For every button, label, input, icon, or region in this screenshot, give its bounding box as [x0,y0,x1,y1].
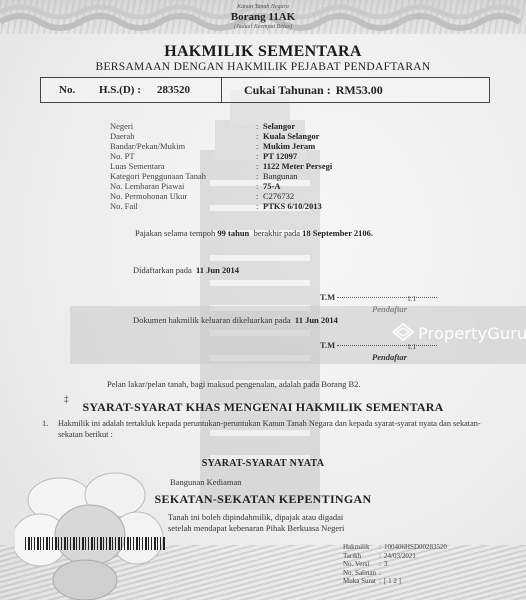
field-colon: : [256,181,258,191]
field-label: Bandar/Pekan/Mukim [110,141,185,151]
field-value: 75-A [263,181,280,191]
metadata-value: 24/03/2021 [384,552,416,560]
metadata-label: Hakmilik [343,543,369,551]
field-value: Selangor [263,121,295,131]
metadata-value: 100406HSD00283520 [384,543,447,551]
plan-note: Pelan lakar/pelan tanah, bagi maksud pen… [107,379,361,389]
metadata-value: 3 [384,560,388,568]
field-label: Kategori Penggunaan Tanah [110,171,206,181]
issuance-signature-line: T.M1.1 [320,340,437,350]
field-label: Luas Sementara [110,161,165,171]
lease-statement: Pajakan selama tempoh 99 tahun berakhir … [135,228,373,238]
title-type-label: H.S.(D) : [99,84,157,96]
field-colon: : [256,131,258,141]
lease-end-date: 18 September 2106. [302,228,373,238]
lease-prefix: Pajakan selama tempoh [135,228,215,238]
field-value: Bangunan [263,171,297,181]
no-label: No. [59,84,99,96]
item-number: 1. [42,419,48,430]
hibiscus-emblem-icon [15,460,165,600]
field-value: PTKS 6/10/2013 [263,201,322,211]
field-value: C276732 [263,191,294,201]
field-label: Negeri [110,121,133,131]
field-value: PT 12097 [263,151,297,161]
field-colon: : [256,171,258,181]
document-subtitle: BERSAMAAN DENGAN HAKMILIK PEJABAT PENDAF… [0,61,526,73]
schedule-label: (Jadual Keempat Belas) [0,24,526,30]
title-number-section: No. H.S.(D) : 283520 [41,78,222,102]
item-text: Hakmilik ini adalah tertakluk kepada per… [58,419,481,439]
annual-tax-section: Cukai Tahunan : RM53.00 [222,78,489,102]
field-colon: : [256,191,258,201]
annual-tax-value: RM53.00 [336,83,383,98]
field-colon: : [256,141,258,151]
lease-middle: berakhir pada [254,228,301,238]
signature-mark: 1.1 [407,343,416,351]
issuance-statement: Dokumen hakmilik keluaran dikeluarkan pa… [133,315,338,325]
field-label: No. Permohonan Ukur [110,191,187,201]
field-label: No. PT [110,151,135,161]
document-title: HAKMILIK SEMENTARA [0,43,526,61]
title-number-box: No. H.S.(D) : 283520 Cukai Tahunan : RM5… [40,77,490,103]
field-value: Mukim Jeram [263,141,315,151]
registration-signature-line: T.M1.1 [320,292,437,302]
tm-label: T.M [320,292,335,302]
special-conditions-heading: SYARAT-SYARAT KHAS MENGENAI HAKMILIK SEM… [0,400,526,415]
issuance-date: 11 Jun 2014 [295,315,338,325]
field-value: 1122 Meter Persegi [263,161,332,171]
field-colon: : [256,201,258,211]
express-conditions-text: Bangunan Kediaman [170,477,242,487]
barcode [25,537,165,550]
special-conditions-item: 1. Hakmilik ini adalah tertakluk kepada … [58,419,488,440]
field-colon: : [256,121,258,131]
metadata-label: Muka Surat [343,577,376,585]
signature-mark: 1.1 [407,295,416,303]
registration-label: Didaftarkan pada [133,265,192,275]
title-number: 283520 [157,84,190,96]
restrictions-line-2: setelah mendapat kebenaran Pihak Berkuas… [168,523,344,534]
tm-label: T.M [320,340,335,350]
field-label: Daerah [110,131,135,141]
registration-statement: Didaftarkan pada 11 Jun 2014 [133,265,239,275]
issuance-label: Dokumen hakmilik keluaran dikeluarkan pa… [133,315,291,325]
registrar-label: Pendaftar [372,352,407,362]
field-colon: : [256,151,258,161]
field-colon: : [256,161,258,171]
metadata-label: No. Versi [343,560,369,568]
signature-dots: 1.1 [337,297,437,298]
lease-duration: 99 tahun [217,228,249,238]
signature-dots: 1.1 [337,345,437,346]
act-name: Kanun Tanah Negara [0,4,526,10]
land-title-document: Kanun Tanah Negara Borang 11AK (Jadual K… [0,0,526,600]
field-value: Kuala Selangor [263,131,319,141]
metadata-label: Tarikh [343,552,361,560]
restrictions-text: Tanah ini boleh dipindahmilik, dipajak a… [168,512,344,534]
annual-tax-label: Cukai Tahunan : [244,83,331,98]
field-label: No. Fail [110,201,138,211]
field-label: No. Lembaran Piawai [110,181,184,191]
registration-date: 11 Jun 2014 [196,265,239,275]
restrictions-line-1: Tanah ini boleh dipindahmilik, dipajak a… [168,512,344,523]
form-number: Borang 11AK [0,11,526,23]
metadata-value: [ 1 2 ] [384,577,401,585]
metadata-label: No. Salinan [343,569,376,577]
